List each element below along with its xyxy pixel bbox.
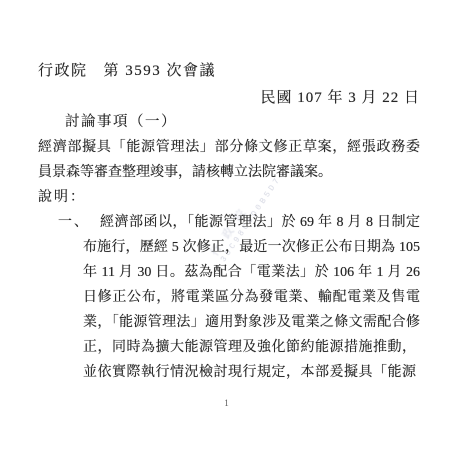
item-line-2: 布施行，歷經 5 次修正，最近一次修正公布日期為 105: [83, 235, 420, 260]
proposal-line-1: 經濟部擬具「能源管理法」部分條文修正草案，經張政務委: [38, 135, 420, 160]
document-date: 民國 107 年 3 月 22 日: [260, 86, 420, 107]
explanation-item-1: 一、 經濟部函以，「能源管理法」於 69 年 8 月 8 日制定公: [38, 210, 420, 235]
section-heading: 討論事項（一）: [65, 110, 420, 135]
item-line-6: 正，同時為擴大能源管理及強化節約能源措施推動，: [83, 335, 420, 360]
page-number: 1: [0, 398, 453, 408]
item-line-1: 經濟部函以，「能源管理法」於 69 年 8 月 8 日制定公: [100, 210, 420, 235]
explanation-label: 說明：: [38, 185, 420, 210]
item-line-7: 並依實際執行情況檢討現行規定，本部爰擬具「能源: [83, 360, 420, 385]
title-session-number: 第 3593 次會議: [104, 63, 217, 79]
item-line-5: 業，「能源管理法」適用對象涉及電業之條文需配合修: [83, 310, 420, 335]
proposal-line-2: 員景森等審查整理竣事，請核轉立法院審議案。: [38, 160, 420, 185]
item-number: 一、: [58, 210, 100, 235]
item-continuation: 布施行，歷經 5 次修正，最近一次修正公布日期為 105 年 11 月 30 日…: [83, 235, 420, 385]
scanned-document-page: 行政院 38C98C6D0B5D7 行政院第 3593 次會議 民國 107 年…: [0, 0, 453, 453]
document-title: 行政院第 3593 次會議: [38, 59, 216, 80]
item-line-4: 日修正公布，將電業區分為發電業、輸配電業及售電: [83, 285, 420, 310]
item-line-3: 年 11 月 30 日。茲為配合「電業法」於 106 年 1 月 26: [83, 260, 420, 285]
title-organization: 行政院: [38, 63, 88, 79]
document-body: 討論事項（一） 經濟部擬具「能源管理法」部分條文修正草案，經張政務委 員景森等審…: [38, 110, 420, 385]
